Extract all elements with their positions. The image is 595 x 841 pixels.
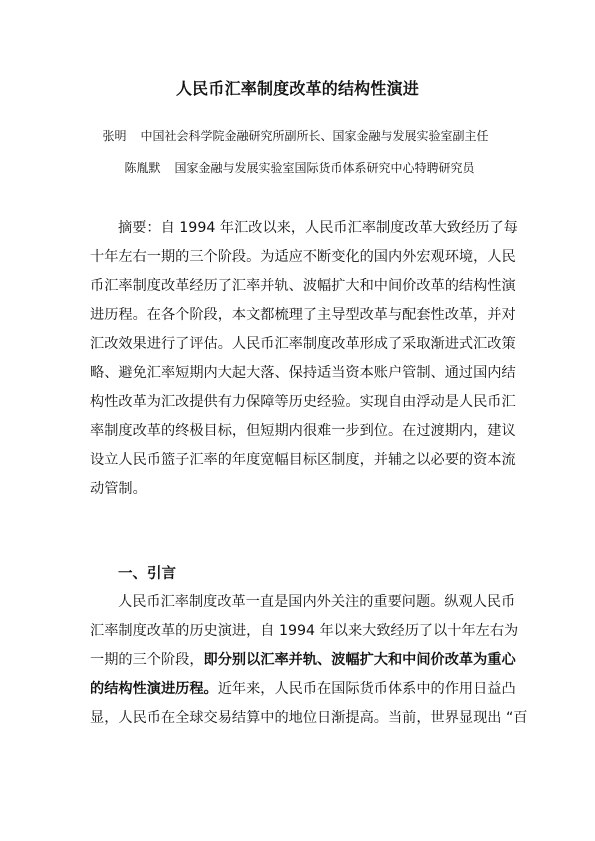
abstract-line: 略、避免汇率短期内大起大落、保持适当资本账户管制、通过国内结 <box>90 359 506 388</box>
intro-line: 人民币汇率制度改革一直是国内外关注的重要问题。纵观人民币 <box>90 588 506 617</box>
abstract-line: 汇改效果进行了评估。人民币汇率制度改革形成了采取渐进式汇改策 <box>90 330 506 359</box>
author-name: 陈胤默 <box>124 161 160 175</box>
abstract-line: 摘要：自 1994 年汇改以来，人民币汇率制度改革大致经历了每 <box>90 214 506 243</box>
abstract-line: 进历程。在各个阶段，本文都梳理了主导型改革与配套性改革，并对 <box>90 301 506 330</box>
intro-paragraph: 人民币汇率制度改革一直是国内外关注的重要问题。纵观人民币 汇率制度改革的历史演进… <box>90 588 506 733</box>
author-affiliation: 中国社会科学院金融研究所副所长、国家金融与发展实验室副主任 <box>141 129 489 143</box>
abstract-line: 动管制。 <box>90 475 506 504</box>
abstract-line: 率制度改革的终极目标，但短期内很难一步到位。在过渡期内，建议 <box>90 417 506 446</box>
intro-line: 的结构性演进历程。近年来，人民币在国际货币体系中的作用日益凸 <box>90 675 506 704</box>
abstract: 摘要：自 1994 年汇改以来，人民币汇率制度改革大致经历了每 十年左右一期的三… <box>90 214 506 504</box>
intro-emphasis: 即分别以汇率并轨、波幅扩大和中间价改革为重心 <box>204 652 516 668</box>
intro-line: 显，人民币在全球交易结算中的地位日渐提高。当前，世界显现出 “百 <box>90 704 506 733</box>
document-title: 人民币汇率制度改革的结构性演进 <box>0 76 595 99</box>
abstract-line: 十年左右一期的三个阶段。为适应不断变化的国内外宏观环境，人民 <box>90 243 506 272</box>
author-name: 张明 <box>102 129 126 143</box>
abstract-line: 币汇率制度改革经历了汇率并轨、波幅扩大和中间价改革的结构性演 <box>90 272 506 301</box>
intro-emphasis: 的结构性演进历程。 <box>90 681 218 697</box>
abstract-line: 构性改革为汇改提供有力保障等历史经验。实现自由浮动是人民币汇 <box>90 388 506 417</box>
intro-text: 近年来，人民币在国际货币体系中的作用日益凸 <box>218 681 516 697</box>
author-affiliation: 国家金融与发展实验室国际货币体系研究中心特聘研究员 <box>175 161 475 175</box>
abstract-line: 设立人民币篮子汇率的年度宽幅目标区制度，并辅之以必要的资本流 <box>90 446 506 475</box>
section-heading: 一、引言 <box>118 562 176 583</box>
intro-line: 一期的三个阶段，即分别以汇率并轨、波幅扩大和中间价改革为重心 <box>90 646 506 675</box>
intro-text: 一期的三个阶段， <box>90 652 204 668</box>
author-line: 张明中国社会科学院金融研究所副所长、国家金融与发展实验室副主任 <box>0 127 593 144</box>
intro-line: 汇率制度改革的历史演进，自 1994 年以来大致经历了以十年左右为 <box>90 617 506 646</box>
author-line: 陈胤默国家金融与发展实验室国际货币体系研究中心特聘研究员 <box>2 159 595 176</box>
